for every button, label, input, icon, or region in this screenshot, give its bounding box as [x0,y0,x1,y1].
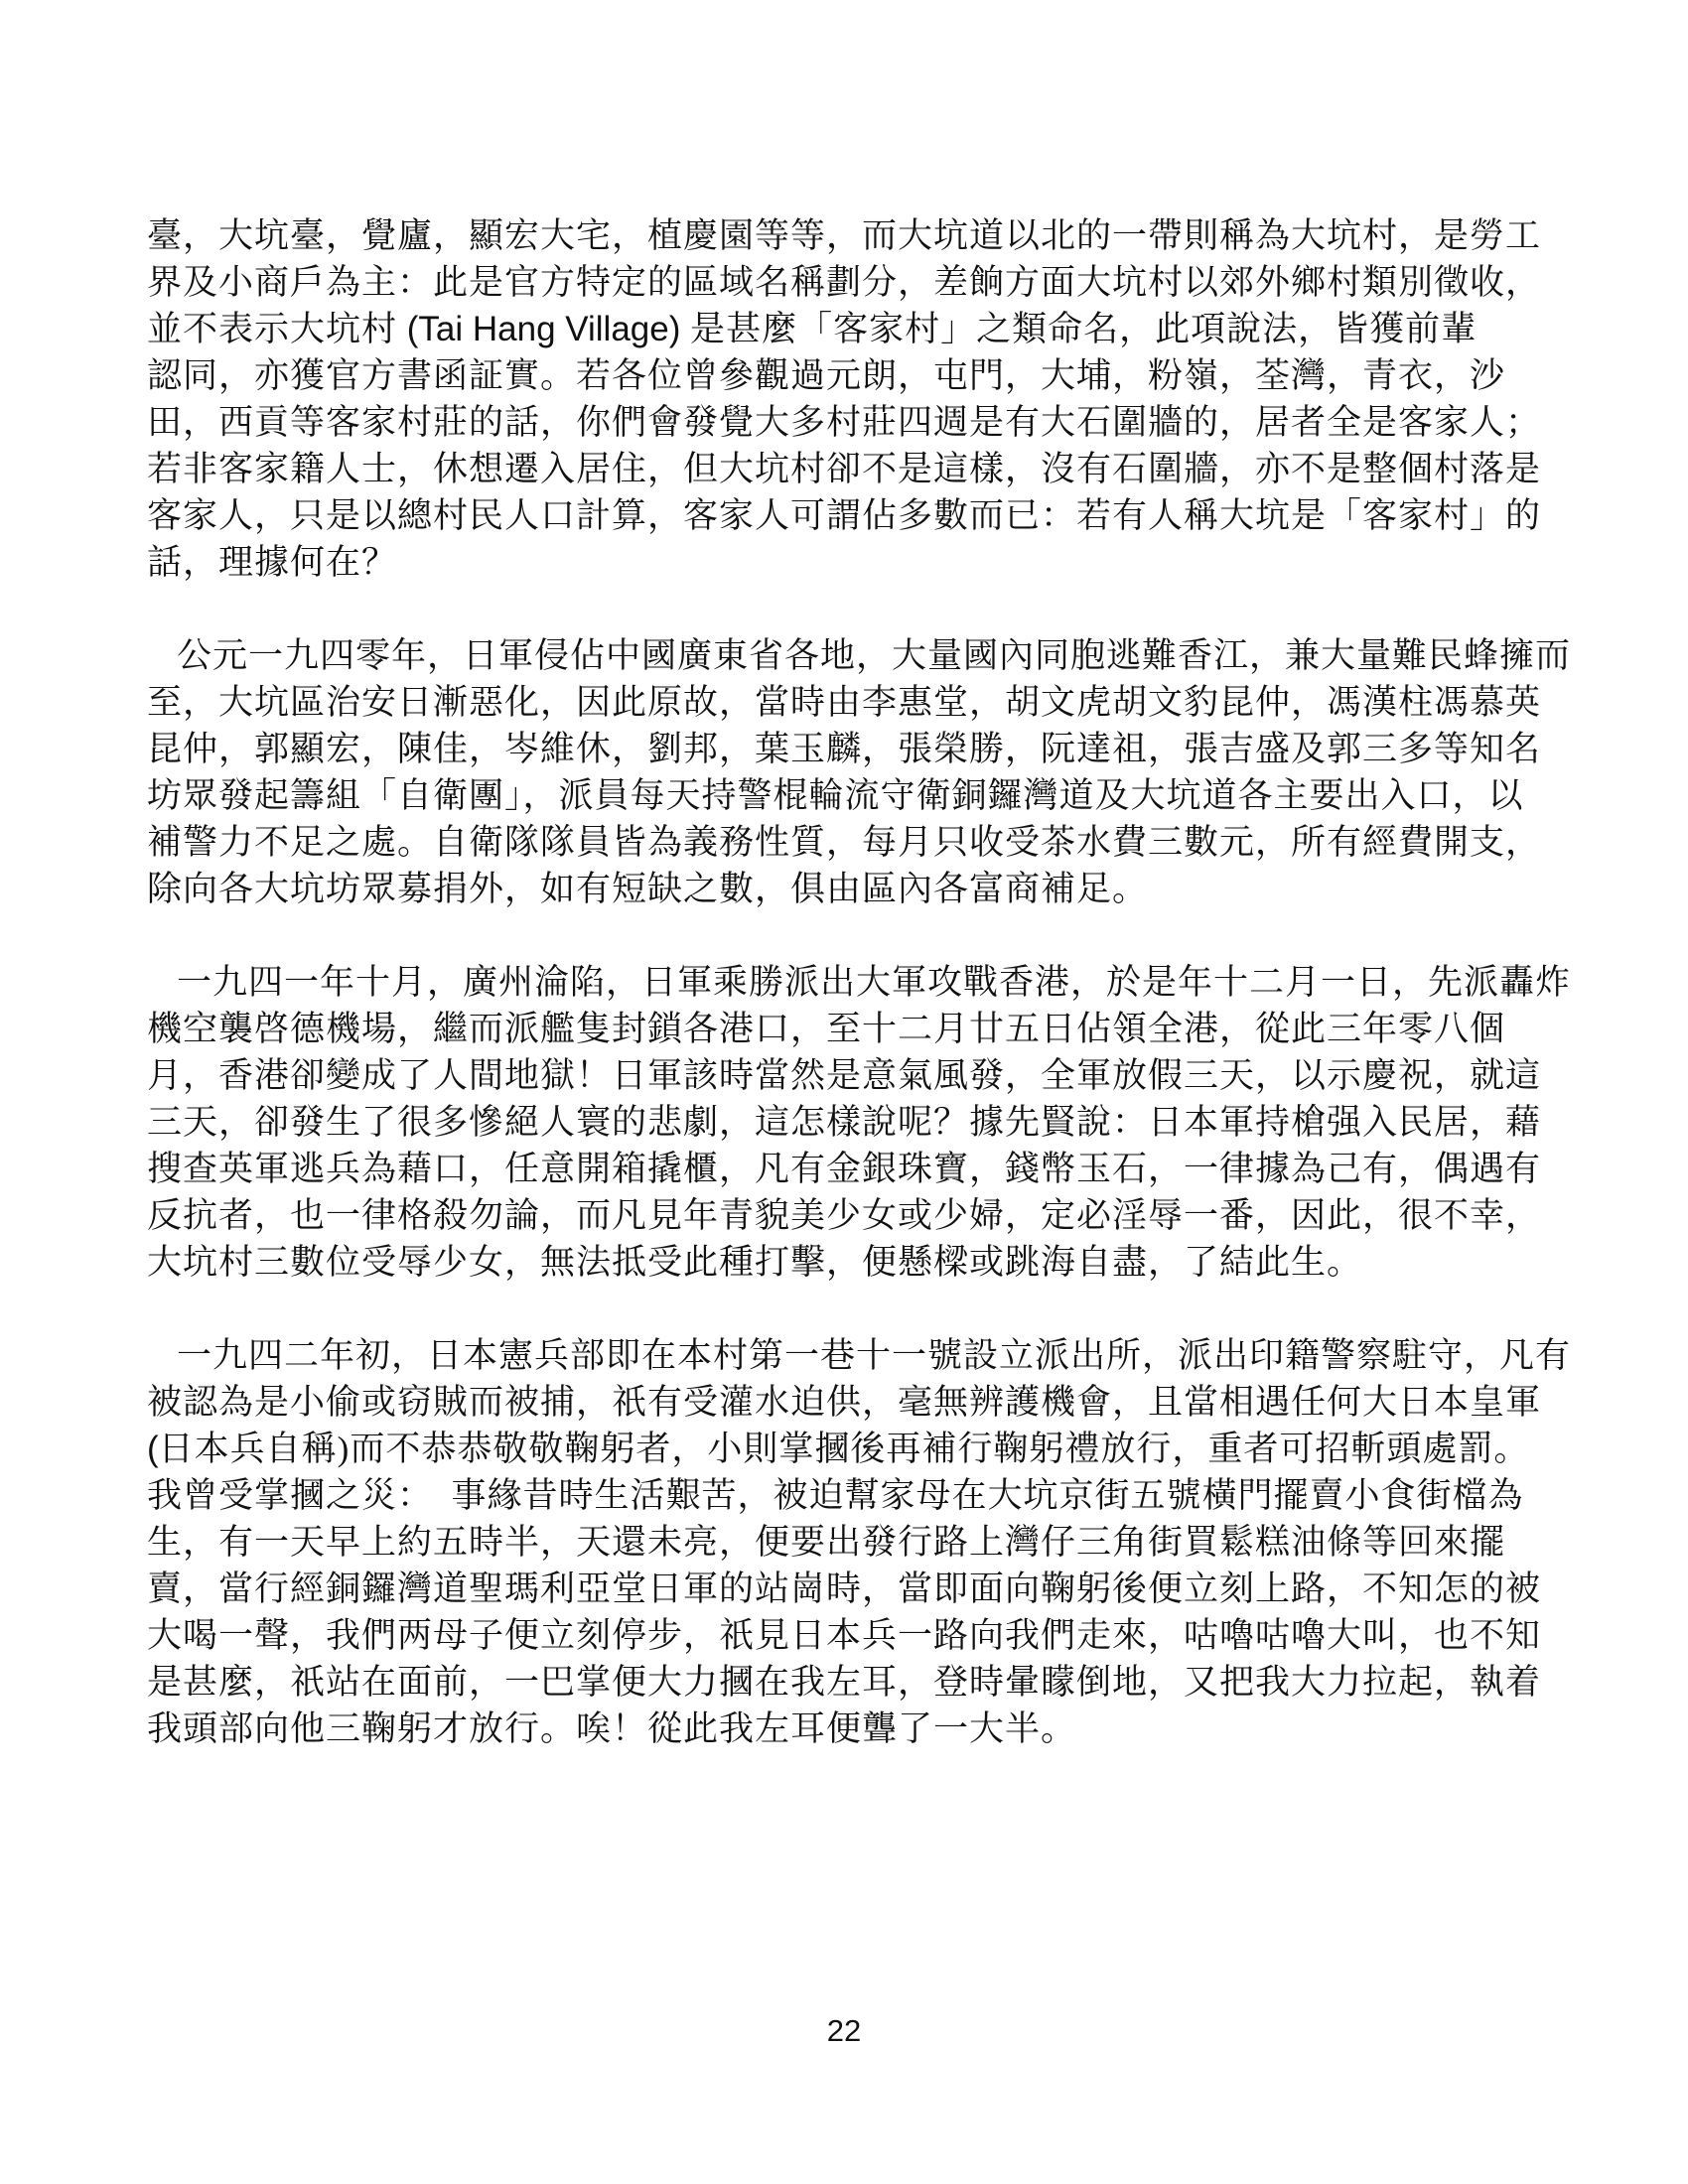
text-line: 大喝一聲，我們两母子便立刻停步，祇見日本兵一路向我們走來，咕嚕咕嚕大叫，也不知 [147,1612,1561,1659]
text-line: 一九四二年初，日本憲兵部即在本村第一巷十一號設立派出所，派出印籍警察駐守，凡有 [147,1332,1561,1379]
paragraph: 公元一九四零年，日軍侵佔中國廣東省各地，大量國內同胞逃難香江，兼大量難民蜂擁而至… [147,632,1561,912]
page-footer: 22 [0,2013,1688,2049]
text-line: 坊眾發起籌組「自衛團」，派員每天持警棍輪流守衛銅鑼灣道及大坑道各主要出入口，以 [147,772,1561,819]
text-line: 話，理據何在？ [147,539,1561,586]
paragraph: 臺，大坑臺，覺廬，顯宏大宅，植慶園等等，而大坑道以北的一帶則稱為大坑村，是勞工界… [147,212,1561,586]
text-line: (日本兵自稱)而不恭恭敬敬鞠躬者，小則掌摑後再補行鞠躬禮放行，重者可招斬頭處罰。 [147,1426,1561,1472]
paragraph: 一九四一年十月，廣州淪陷，日軍乘勝派出大軍攻戰香港，於是年十二月一日，先派轟炸機… [147,959,1561,1286]
latin-text: ( [147,1430,159,1468]
text-line: 一九四一年十月，廣州淪陷，日軍乘勝派出大軍攻戰香港，於是年十二月一日，先派轟炸 [147,959,1561,1006]
text-line: 被認為是小偷或窃賊而被捕，祇有受灌水迫供，毫無辨護機會，且當相遇任何大日本皇軍 [147,1379,1561,1426]
text-line: 並不表示大坑村 (Tai Hang Village) 是甚麼「客家村」之類命名，… [147,306,1561,352]
text-line: 認同，亦獲官方書函証實。若各位曾參觀過元朗，屯門，大埔，粉嶺，荃灣，青衣，沙 [147,352,1561,399]
text-line: 月，香港卻變成了人間地獄！日軍該時當然是意氣風發，全軍放假三天，以示慶祝，就這 [147,1052,1561,1099]
text-line: 公元一九四零年，日軍侵佔中國廣東省各地，大量國內同胞逃難香江，兼大量難民蜂擁而 [147,632,1561,679]
text-line: 至，大坑區治安日漸惡化，因此原故，當時由李惠堂，胡文虎胡文豹昆仲，馮漢柱馮慕英 [147,679,1561,726]
text-line: 三天，卻發生了很多慘絕人寰的悲劇，這怎樣說呢？據先賢說：日本軍持槍强入民居，藉 [147,1099,1561,1146]
text-line: 生，有一天早上約五時半，天還未亮，便要出發行路上灣仔三角街買鬆糕油條等回來擺 [147,1519,1561,1566]
text-line: 昆仲，郭顯宏，陳佳，岑維休，劉邦，葉玉麟，張榮勝，阮達祖，張吉盛及郭三多等知名 [147,726,1561,772]
text-line: 界及小商戶為主：此是官方特定的區域名稱劃分，差餉方面大坑村以郊外鄉村類別徵收， [147,259,1561,306]
text-line: 大坑村三數位受辱少女，無法抵受此種打擊，便懸樑或跳海自盡，了結此生。 [147,1239,1561,1286]
document-page: 臺，大坑臺，覺廬，顯宏大宅，植慶園等等，而大坑道以北的一帶則稱為大坑村，是勞工界… [0,0,1688,2184]
text-line: 補警力不足之處。自衛隊隊員皆為義務性質，每月只收受茶水費三數元，所有經費開支， [147,819,1561,866]
latin-text: (Tai Hang Village) [407,310,690,348]
text-line: 客家人，只是以總村民人口計算，客家人可謂佔多數而已：若有人稱大坑是「客家村」的 [147,492,1561,539]
text-line: 若非客家籍人士，休想遷入居住，但大坑村卻不是這樣，沒有石圍牆，亦不是整個村落是 [147,446,1561,492]
text-line: 搜查英軍逃兵為藉口，任意開箱撬櫃，凡有金銀珠寶，錢幣玉石，一律據為己有，偶遇有 [147,1146,1561,1192]
text-line: 我頭部向他三鞠躬才放行。唉！從此我左耳便聾了一大半。 [147,1706,1561,1752]
text-line: 田，西貢等客家村莊的話，你們會發覺大多村莊四週是有大石圍牆的，居者全是客家人； [147,399,1561,446]
text-line: 反抗者，也一律格殺勿論，而凡見年青貌美少女或少婦，定必淫辱一番，因此，很不幸， [147,1192,1561,1239]
text-line: 我曾受掌摑之災： 事緣昔時生活艱苦，被迫幫家母在大坑京街五號橫門擺賣小食街檔為 [147,1472,1561,1519]
text-line: 賣，當行經銅鑼灣道聖瑪利亞堂日軍的站崗時，當即面向鞠躬後便立刻上路，不知怎的被 [147,1566,1561,1612]
text-line: 是甚麼，祇站在面前，一巴掌便大力摑在我左耳，登時暈矇倒地，又把我大力拉起，執着 [147,1659,1561,1706]
text-line: 除向各大坑坊眾募捐外，如有短缺之數，俱由區內各富商補足。 [147,866,1561,912]
page-number: 22 [827,2013,861,2048]
paragraph: 一九四二年初，日本憲兵部即在本村第一巷十一號設立派出所，派出印籍警察駐守，凡有被… [147,1332,1561,1752]
document-body: 臺，大坑臺，覺廬，顯宏大宅，植慶園等等，而大坑道以北的一帶則稱為大坑村，是勞工界… [147,212,1561,1752]
text-line: 臺，大坑臺，覺廬，顯宏大宅，植慶園等等，而大坑道以北的一帶則稱為大坑村，是勞工 [147,212,1561,259]
text-line: 機空襲啓德機場，繼而派艦隻封鎖各港口，至十二月廿五日佔領全港，從此三年零八個 [147,1006,1561,1052]
